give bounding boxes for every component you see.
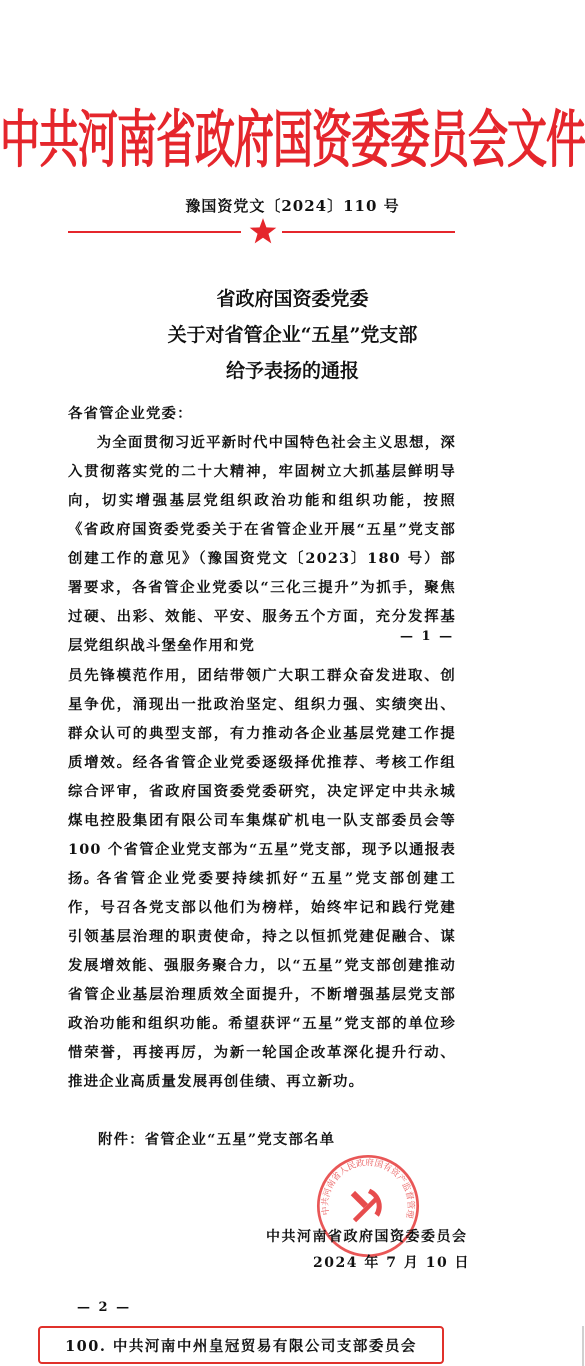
signature-organization: 中共河南省政府国资委委员会 bbox=[266, 1226, 468, 1246]
page-number-2: — 2 — bbox=[77, 1300, 131, 1315]
document-title-line-3: 给予表扬的通报 bbox=[0, 355, 585, 388]
salutation: 各省管企业党委： bbox=[68, 399, 456, 428]
paragraph-2: 各省管企业党委要持续抓好“五星”党支部创建工作，号召各党支部以他们为榜样，始终牢… bbox=[68, 864, 456, 1096]
document-red-header: 中共河南省政府国资委委员会文件 bbox=[0, 85, 585, 197]
document-title-line-1: 省政府国资委党委 bbox=[0, 283, 585, 316]
paragraph-1-continued: 员先锋模范作用，团结带领广大职工群众奋发进取、创星争优，涌现出一批政治坚定、组织… bbox=[68, 661, 456, 893]
signature-date: 2024 年 7 月 10 日 bbox=[313, 1252, 470, 1272]
header-divider-right bbox=[282, 231, 455, 233]
highlighted-list-item: 100. 中共河南中州皇冠贸易有限公司支部委员会 bbox=[38, 1326, 444, 1364]
paragraph-1-page-1: 为全面贯彻习近平新时代中国特色社会主义思想，深入贯彻落实党的二十大精神，牢固树立… bbox=[68, 428, 456, 660]
document-number: 豫国资党文〔2024〕110 号 bbox=[0, 195, 585, 216]
attachment-line: 附件：省管企业“五星”党支部名单 bbox=[98, 1125, 458, 1154]
page-number-1: — 1 — bbox=[400, 629, 454, 644]
document-title-line-2: 关于对省管企业“五星”党支部 bbox=[0, 319, 585, 352]
page-edge-divider bbox=[582, 1326, 584, 1366]
list-item-text: 100. 中共河南中州皇冠贸易有限公司支部委员会 bbox=[65, 1335, 417, 1356]
star-icon bbox=[249, 217, 277, 245]
header-divider-left bbox=[68, 231, 241, 233]
